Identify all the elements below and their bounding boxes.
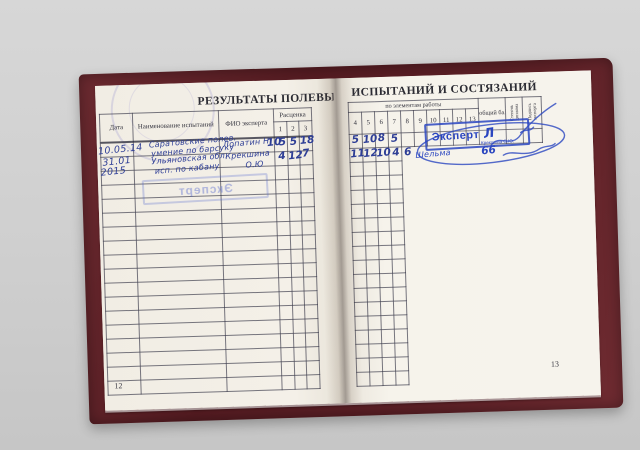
grid-cell bbox=[305, 319, 318, 333]
degree-label-line2: диплома bbox=[514, 104, 520, 121]
results-table-right: по элементам работы общий балл Степеньди… bbox=[348, 96, 551, 387]
grid-cell bbox=[396, 371, 409, 385]
grid-cell bbox=[279, 305, 292, 319]
grid-cell bbox=[305, 333, 318, 347]
grid-cell bbox=[381, 315, 394, 329]
grid-cell bbox=[392, 259, 405, 273]
grid-cell bbox=[355, 330, 368, 344]
grid-cell bbox=[382, 343, 395, 357]
grid-cell bbox=[362, 134, 375, 148]
grid-cell bbox=[276, 193, 289, 207]
grid-cell bbox=[306, 347, 319, 361]
grid-cell bbox=[356, 344, 369, 358]
grid-cell bbox=[289, 207, 301, 221]
grid-cell bbox=[393, 301, 406, 315]
grid-cell bbox=[391, 217, 404, 231]
grid-cell bbox=[350, 162, 363, 176]
grid-cell bbox=[290, 235, 302, 249]
grid-cell bbox=[393, 287, 406, 301]
grid-cell bbox=[288, 151, 300, 165]
grid-cell bbox=[376, 161, 389, 175]
grid-cell bbox=[395, 343, 408, 357]
grid-cell bbox=[370, 372, 383, 386]
grid-cell bbox=[227, 376, 282, 392]
grid-cell bbox=[378, 217, 391, 231]
grid-cell bbox=[466, 130, 480, 144]
col-header-12: 12 bbox=[452, 109, 466, 131]
record-book: РЕЗУЛЬТАТЫ ПОЛЕВЫХ Дата Наименование исп… bbox=[79, 58, 624, 425]
grid-cell bbox=[292, 291, 304, 305]
grid-cell bbox=[365, 218, 378, 232]
grid-cell bbox=[414, 132, 427, 146]
col-header-2: 2 bbox=[287, 121, 299, 137]
grid-cell bbox=[101, 170, 134, 185]
grid-cell bbox=[368, 316, 381, 330]
grid-cell bbox=[523, 128, 542, 143]
results-table-left: Дата Наименование испытаний ФИО эксперта… bbox=[99, 107, 321, 396]
grid-cell bbox=[381, 329, 394, 343]
grid-cell bbox=[376, 147, 389, 161]
col-header-8: 8 bbox=[400, 110, 414, 132]
grid-cell bbox=[302, 221, 315, 235]
grid-cell bbox=[304, 291, 317, 305]
grid-cell bbox=[427, 132, 440, 146]
grid-cell bbox=[351, 204, 364, 218]
grid-cell bbox=[366, 246, 379, 260]
grid-cell bbox=[364, 190, 377, 204]
grid-cell bbox=[367, 274, 380, 288]
grid-cell bbox=[304, 277, 317, 291]
page-right: ИСПЫТАНИЙ И СОСТЯЗАНИЙ по элементам рабо… bbox=[333, 70, 601, 403]
col-header-9: 9 bbox=[413, 110, 427, 132]
grid-cell bbox=[394, 315, 407, 329]
grid-cell bbox=[288, 165, 300, 179]
grid-cell bbox=[107, 352, 140, 367]
page-left: РЕЗУЛЬТАТЫ ПОЛЕВЫХ Дата Наименование исп… bbox=[95, 78, 343, 410]
grid-cell bbox=[479, 130, 506, 145]
grid-cell bbox=[351, 190, 364, 204]
grid-cell bbox=[382, 357, 395, 371]
grid-cell bbox=[354, 274, 367, 288]
grid-cell bbox=[275, 151, 288, 165]
grid-cell bbox=[105, 282, 138, 297]
grid-cell bbox=[279, 277, 292, 291]
grid-cell bbox=[350, 176, 363, 190]
grid-cell bbox=[302, 235, 315, 249]
grid-cell bbox=[380, 287, 393, 301]
grid-cell bbox=[350, 148, 363, 162]
grid-cell bbox=[106, 324, 139, 339]
grid-cell bbox=[104, 268, 137, 283]
page-number-left: 12 bbox=[114, 381, 122, 390]
col-header-score-group: Расценка bbox=[273, 108, 311, 122]
grid-cell bbox=[453, 131, 466, 145]
open-pages: РЕЗУЛЬТАТЫ ПОЛЕВЫХ Дата Наименование исп… bbox=[95, 70, 601, 410]
grid-cell bbox=[389, 175, 402, 189]
grid-cell bbox=[277, 235, 290, 249]
grid-cell bbox=[389, 161, 402, 175]
grid-cell bbox=[281, 361, 294, 375]
grid-cell bbox=[375, 133, 388, 147]
grid-cell bbox=[303, 263, 316, 277]
grid-cell bbox=[303, 249, 316, 263]
grid-cell bbox=[354, 302, 367, 316]
page-left-title: РЕЗУЛЬТАТЫ ПОЛЕВЫХ bbox=[197, 91, 344, 108]
grid-cell bbox=[307, 375, 320, 389]
grid-cell bbox=[301, 193, 314, 207]
grid-cell bbox=[276, 207, 289, 221]
grid-cell bbox=[377, 189, 390, 203]
grid-cell bbox=[275, 165, 288, 179]
grid-cell bbox=[292, 277, 304, 291]
grid-cell bbox=[353, 246, 366, 260]
grid-cell bbox=[390, 203, 403, 217]
grid-cell bbox=[369, 358, 382, 372]
grid-cell bbox=[278, 249, 291, 263]
grid-cell bbox=[291, 263, 303, 277]
grid-cell bbox=[300, 165, 313, 179]
grid-cell bbox=[274, 137, 287, 152]
grid-cell bbox=[291, 249, 303, 263]
grid-cell bbox=[389, 147, 402, 161]
page-number-right: 13 bbox=[551, 360, 559, 369]
grid-cell bbox=[353, 260, 366, 274]
grid-cell bbox=[281, 347, 294, 361]
col-header-trial-name: Наименование испытаний bbox=[132, 111, 219, 142]
grid-cell bbox=[383, 371, 396, 385]
grid-cell bbox=[280, 319, 293, 333]
grid-cell bbox=[290, 221, 302, 235]
col-header-total: общий балл bbox=[478, 98, 506, 131]
grid-cell bbox=[352, 218, 365, 232]
grid-cell bbox=[366, 260, 379, 274]
grid-cell bbox=[277, 221, 290, 235]
col-header-13: 13 bbox=[465, 108, 479, 130]
grid-cell bbox=[363, 162, 376, 176]
grid-cell bbox=[141, 377, 227, 394]
grid-cell bbox=[390, 189, 403, 203]
grid-cell bbox=[108, 380, 141, 395]
col-header-3: 3 bbox=[299, 121, 312, 137]
grid-cell bbox=[379, 245, 392, 259]
grid-cell bbox=[280, 333, 293, 347]
grid-cell bbox=[299, 136, 312, 151]
grid-cell bbox=[352, 232, 365, 246]
grid-cell bbox=[103, 212, 136, 227]
grid-cell bbox=[279, 291, 292, 305]
grid-cell bbox=[506, 129, 523, 144]
col-header-10: 10 bbox=[426, 110, 440, 132]
grid-cell bbox=[369, 344, 382, 358]
grid-cell bbox=[388, 133, 401, 147]
grid-cell bbox=[293, 333, 305, 347]
grid-cell bbox=[380, 273, 393, 287]
col-header-signature: Подписьэксперта bbox=[522, 96, 542, 129]
grid-cell bbox=[301, 179, 314, 193]
col-header-expert: ФИО эксперта bbox=[218, 109, 274, 139]
grid-cell bbox=[301, 207, 314, 221]
grid-cell bbox=[363, 176, 376, 190]
col-header-5: 5 bbox=[361, 112, 375, 134]
col-header-degree: Степеньдиплома bbox=[505, 97, 523, 130]
grid-cell bbox=[102, 198, 135, 213]
signature-label-line2: эксперта bbox=[532, 103, 538, 120]
grid-cell bbox=[357, 372, 370, 386]
col-header-6: 6 bbox=[374, 111, 388, 133]
grid-cell bbox=[276, 179, 289, 193]
grid-cell bbox=[105, 296, 138, 311]
grid-cell bbox=[377, 203, 390, 217]
grid-cell bbox=[354, 288, 367, 302]
grid-cell bbox=[378, 231, 391, 245]
grid-cell bbox=[306, 361, 319, 375]
grid-cell bbox=[364, 204, 377, 218]
grid-cell bbox=[101, 156, 134, 171]
grid-cell bbox=[401, 132, 414, 146]
col-header-11: 11 bbox=[439, 109, 453, 131]
grid-cell bbox=[103, 226, 136, 241]
grid-cell bbox=[367, 288, 380, 302]
grid-cell bbox=[106, 310, 139, 325]
grid-cell bbox=[289, 193, 301, 207]
grid-cell bbox=[300, 151, 313, 165]
grid-cell bbox=[376, 175, 389, 189]
grid-cell bbox=[304, 305, 317, 319]
col-header-7: 7 bbox=[387, 111, 401, 133]
grid-cell bbox=[294, 361, 306, 375]
grid-cell bbox=[104, 254, 137, 269]
grid-cell bbox=[294, 347, 306, 361]
grid-cell bbox=[107, 366, 140, 381]
grid-cell bbox=[440, 131, 453, 145]
grid-cell bbox=[367, 302, 380, 316]
grid-cell bbox=[295, 375, 307, 389]
grid-cell bbox=[293, 319, 305, 333]
grid-cell bbox=[278, 263, 291, 277]
grid-cell bbox=[391, 231, 404, 245]
grid-cell bbox=[355, 316, 368, 330]
grid-cell bbox=[282, 375, 295, 389]
grid-cell bbox=[102, 184, 135, 199]
grid-cell bbox=[289, 179, 301, 193]
col-header-4: 4 bbox=[348, 112, 362, 134]
col-header-date: Дата bbox=[99, 113, 133, 143]
grid-cell bbox=[287, 137, 299, 152]
grid-cell bbox=[292, 305, 304, 319]
grid-cell bbox=[392, 245, 405, 259]
grid-cell bbox=[103, 240, 136, 255]
grid-cell bbox=[363, 148, 376, 162]
grid-cell bbox=[394, 329, 407, 343]
grid-cell bbox=[365, 232, 378, 246]
grid-cell bbox=[393, 273, 406, 287]
col-header-1: 1 bbox=[274, 121, 287, 137]
grid-cell bbox=[100, 142, 133, 158]
grid-cell bbox=[380, 301, 393, 315]
grid-cell bbox=[356, 358, 369, 372]
grid-cell bbox=[106, 338, 139, 353]
grid-cell bbox=[368, 330, 381, 344]
grid-cell bbox=[395, 357, 408, 371]
grid-cell bbox=[379, 259, 392, 273]
grid-cell bbox=[349, 134, 362, 148]
